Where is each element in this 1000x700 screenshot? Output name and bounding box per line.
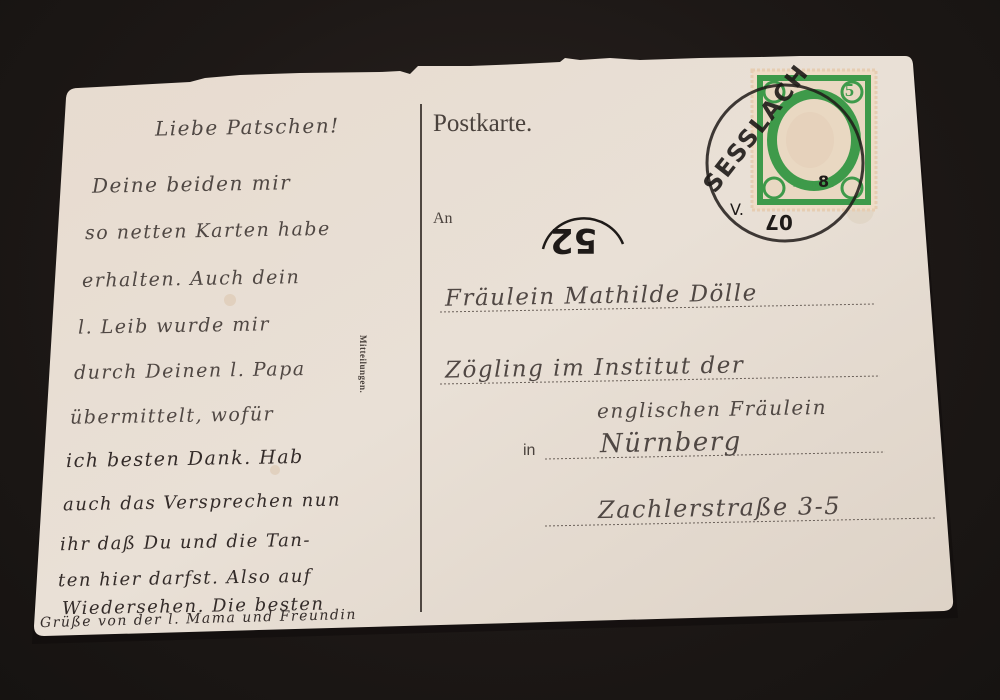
address-street: Zachlerstraße 3-5 [598,492,841,524]
message-line-3: so netten Karten habe [85,218,331,244]
postcard-title: Postkarte. [433,110,532,138]
postmark-year: 07 [765,210,793,234]
address-city: Nürnberg [600,427,742,459]
message-line-10: ihr daß Du und die Tan- [60,530,311,555]
side-label-mitteilungen: Mitteilungen. [358,335,368,393]
postmark-line2: V. [730,200,744,219]
message-line-1: Liebe Patschen! [155,113,340,140]
city-label-in: in [523,442,535,460]
message-line-4: erhalten. Auch dein [82,266,301,292]
address-label-an: An [433,210,453,228]
cancellation-number: 52 [550,220,597,260]
message-line-8: ich besten Dank. Hab [66,446,304,472]
address-line-2: Zögling im Institut der [445,352,745,383]
message-line-2: Deine beiden mir [92,170,292,197]
message-line-6: durch Deinen l. Papa [74,358,306,384]
message-line-11: ten hier darfst. Also auf [58,566,312,591]
message-line-7: übermittelt, wofür [70,403,275,429]
message-line-5: l. Leib wurde mir [78,313,270,338]
address-line-3: englischen Fräulein [597,395,827,423]
address-line-1: Fräulein Mathilde Dölle [445,280,758,311]
postmark-extra: 8 [818,172,829,191]
